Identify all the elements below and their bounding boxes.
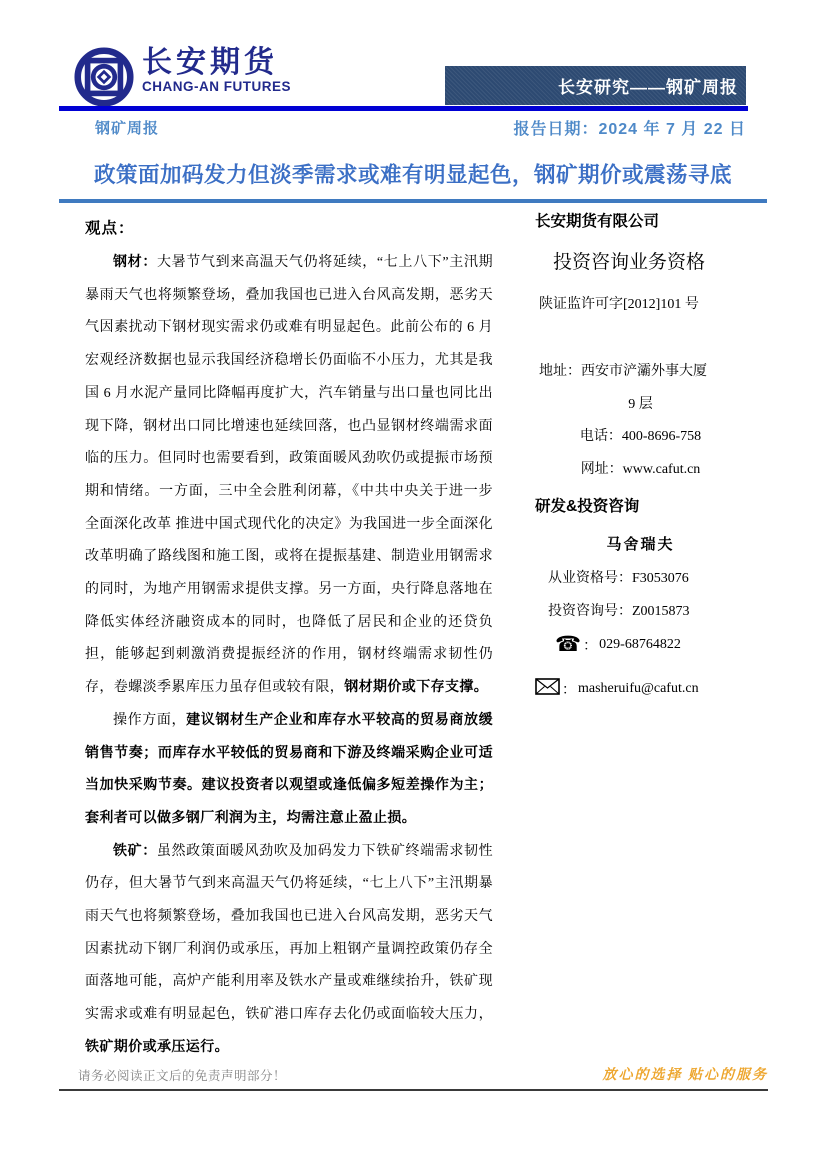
header-rule — [59, 106, 748, 111]
analyst-phone: 029-68764822 — [599, 637, 681, 653]
footer-rule — [59, 1089, 768, 1091]
envelope-icon — [535, 678, 560, 700]
address-line1: 地址：西安市浐灞外事大厦 — [535, 360, 746, 380]
rd-section-heading: 研发&投资咨询 — [535, 494, 746, 516]
company-website: 网址：www.cafut.cn — [535, 458, 746, 478]
analyst-email-line: ：masheruifu@cafut.cn — [535, 678, 746, 700]
report-date: 报告日期：2024 年 7 月 22 日 — [513, 116, 746, 139]
viewpoints-heading: 观点： — [85, 212, 493, 245]
operation-lead: 操作方面， — [113, 713, 186, 728]
address-line2: 9 层 — [535, 393, 746, 413]
steel-paragraph: 钢材：大暑节气到来高温天气仍将延续，“七上八下”主汛期暴雨天气也将频繁登场，叠加… — [85, 247, 493, 705]
practice-number: 从业资格号：F3053076 — [535, 567, 746, 587]
report-title: 政策面加码发力但淡季需求或难有明显起色，钢矿期价或震荡寻底 — [60, 158, 766, 189]
advisory-number: 投资咨询号：Z0015873 — [535, 600, 746, 620]
steel-label: 钢材： — [113, 255, 157, 270]
iron-ore-text: 虽然政策面暖风劲吹及加码发力下铁矿终端需求韧性仍存，但大暑节气到来高温天气仍将延… — [85, 844, 493, 1023]
company-logo: 长安期货 CHANG-AN FUTURES — [74, 47, 291, 107]
company-phone: 电话：400-8696-758 — [535, 425, 746, 445]
viewpoints-section: 观点： 钢材：大暑节气到来高温天气仍将延续，“七上八下”主汛期暴雨天气也将频繁登… — [85, 212, 493, 1065]
logo-text: 长安期货 CHANG-AN FUTURES — [142, 47, 291, 95]
analyst-phone-line: ☎：029-68764822 — [535, 634, 746, 655]
logo-name-en: CHANG-AN FUTURES — [142, 79, 291, 95]
logo-coin-icon — [74, 47, 134, 107]
iron-ore-conclusion: 铁矿期价或承压运行。 — [85, 1040, 229, 1055]
steel-text: 大暑节气到来高温天气仍将延续，“七上八下”主汛期暴雨天气也将频繁登场，叠加我国也… — [85, 255, 493, 695]
disclaimer-text: 请务必阅读正文后的免责声明部分！ — [78, 1066, 286, 1084]
title-rule — [59, 199, 767, 203]
iron-ore-label: 铁矿： — [113, 844, 157, 859]
company-name: 长安期货有限公司 — [535, 212, 746, 232]
operation-advice: 建议钢材生产企业和库存水平较高的贸易商放缓销售节奏；而库存水平较低的贸易商和下游… — [85, 713, 493, 826]
series-banner: 长安研究——钢矿周报 — [445, 66, 746, 105]
operation-paragraph: 操作方面，建议钢材生产企业和库存水平较高的贸易商放缓销售节奏；而库存水平较低的贸… — [85, 705, 493, 836]
report-page: 长安期货 CHANG-AN FUTURES 长安研究——钢矿周报 钢矿周报 报告… — [0, 0, 826, 1169]
analyst-email: masheruifu@cafut.cn — [578, 681, 699, 697]
license-number: 陕证监许可字[2012]101 号 — [535, 293, 746, 313]
report-type-label: 钢矿周报 — [95, 117, 159, 138]
steel-conclusion: 钢材期价或下存支撑。 — [344, 680, 488, 695]
company-info-panel: 长安期货有限公司 投资咨询业务资格 陕证监许可字[2012]101 号 地址：西… — [535, 212, 746, 1065]
analyst-name: 马舍瑞夫 — [535, 533, 746, 554]
logo-name-cn: 长安期货 — [142, 47, 291, 79]
telephone-icon: ☎ — [555, 634, 581, 655]
report-body: 观点： 钢材：大暑节气到来高温天气仍将延续，“七上八下”主汛期暴雨天气也将频繁登… — [85, 212, 746, 1065]
iron-ore-paragraph: 铁矿：虽然政策面暖风劲吹及加码发力下铁矿终端需求韧性仍存，但大暑节气到来高温天气… — [85, 836, 493, 1065]
tel-separator: ： — [583, 635, 597, 655]
slogan-text: 放心的选择 贴心的服务 — [603, 1064, 769, 1084]
email-separator: ： — [562, 679, 576, 699]
qualification-title: 投资咨询业务资格 — [535, 252, 746, 274]
